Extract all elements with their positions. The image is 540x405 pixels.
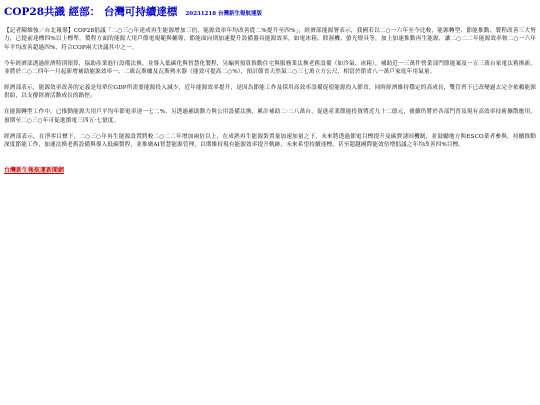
article-paragraph-3: 經濟部表示，能源效率改善的定義是每單位GDP所需要能源投入減少，近年能源效率提升… bbox=[4, 84, 536, 101]
source-news-link[interactable]: 台灣新生報航運新聞網 bbox=[4, 165, 64, 174]
article-title: COP28共識 經部： 台灣可持續達標 bbox=[4, 6, 177, 18]
article-paragraph-1: 【記者陳維強／台北報導】COP28倡議「二○三○年達成再生能源增加三倍、能源效率… bbox=[4, 27, 536, 52]
article-page: COP28共識 經部： 台灣可持續達標 20231218 台灣新生報航運版 【記… bbox=[0, 0, 540, 176]
article-date-source: 20231218 台灣新生報航運版 bbox=[185, 11, 262, 17]
article-paragraph-2: 今年經濟部透過經濟特別預算，協助產業進行設備汰換，並導入低碳化與智慧化製程，另編… bbox=[4, 60, 536, 77]
article-paragraph-5: 經濟部表示，在淨零目標下，二○三○年再生能源設置將較二○二二年增加兩倍以上，在成… bbox=[4, 133, 536, 150]
article-headline: COP28共識 經部： 台灣可持續達標 20231218 台灣新生報航運版 bbox=[4, 3, 536, 21]
article-paragraph-4: 在能源轉型工作中，已推動能源大用戶平均年節電率達一七二%，另透過補助動力與公用設… bbox=[4, 108, 536, 125]
